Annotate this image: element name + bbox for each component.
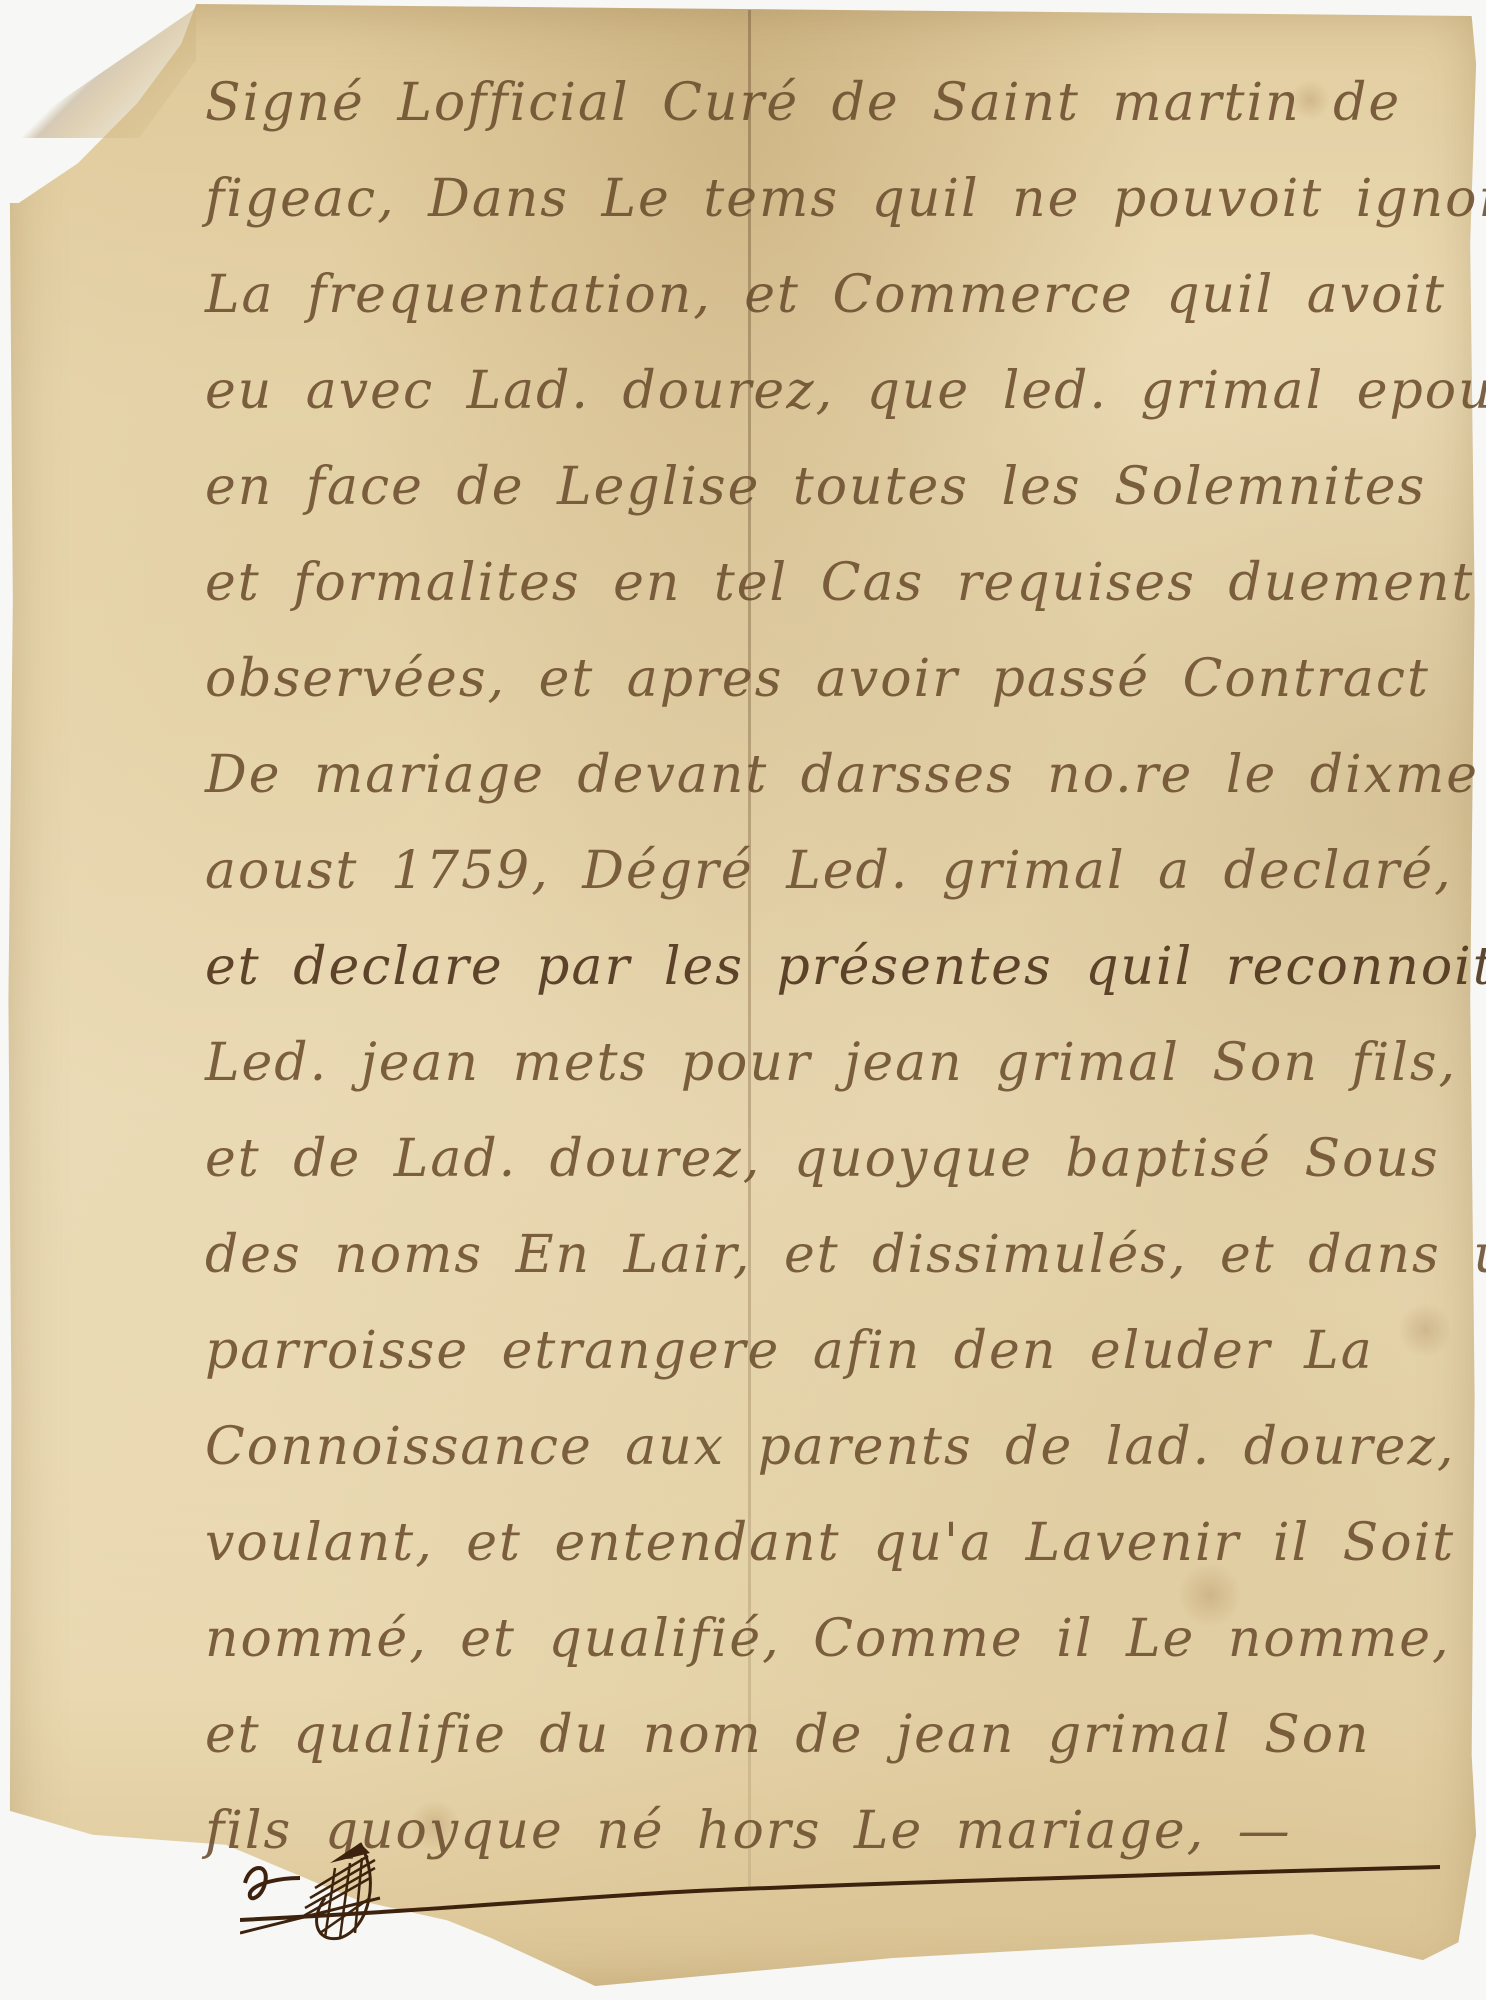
text-line: Connoissance aux parents de lad. dourez,	[205, 1399, 1455, 1495]
document-scan: Signé Lofficial Curé de Saint martin de …	[0, 0, 1486, 2000]
text-line: voulant, et entendant qu'a Lavenir il So…	[205, 1495, 1455, 1591]
text-line: De mariage devant darsses no.re le dixme	[205, 727, 1455, 823]
text-line: aoust 1759, Dégré Led. grimal a declaré,	[205, 823, 1455, 919]
text-line: et declare par les présentes quil reconn…	[205, 919, 1455, 1015]
text-line: observées, et apres avoir passé Contract	[205, 631, 1455, 727]
text-line: figeac, Dans Le tems quil ne pouvoit ign…	[205, 151, 1455, 247]
text-line: nommé, et qualifié, Comme il Le nomme,	[205, 1591, 1455, 1687]
text-line: des noms En Lair, et dissimulés, et dans…	[205, 1207, 1455, 1303]
text-line: parroisse etrangere afin den eluder La	[205, 1303, 1455, 1399]
text-line: Led. jean mets pour jean grimal Son fils…	[205, 1015, 1455, 1111]
text-line: eu avec Lad. dourez, que led. grimal epo…	[205, 343, 1455, 439]
text-line: en face de Leglise toutes les Solemnites	[205, 439, 1455, 535]
text-line: et qualifie du nom de jean grimal Son	[205, 1687, 1455, 1783]
text-line: et de Lad. dourez, quoyque baptisé Sous	[205, 1111, 1455, 1207]
text-line: Signé Lofficial Curé de Saint martin de	[205, 55, 1455, 151]
text-line: et formalites en tel Cas requises duemen…	[205, 535, 1455, 631]
signature-flourish-icon	[240, 1838, 440, 1948]
manuscript-text: Signé Lofficial Curé de Saint martin de …	[205, 55, 1455, 1879]
text-line: La frequentation, et Commerce quil avoit	[205, 247, 1455, 343]
